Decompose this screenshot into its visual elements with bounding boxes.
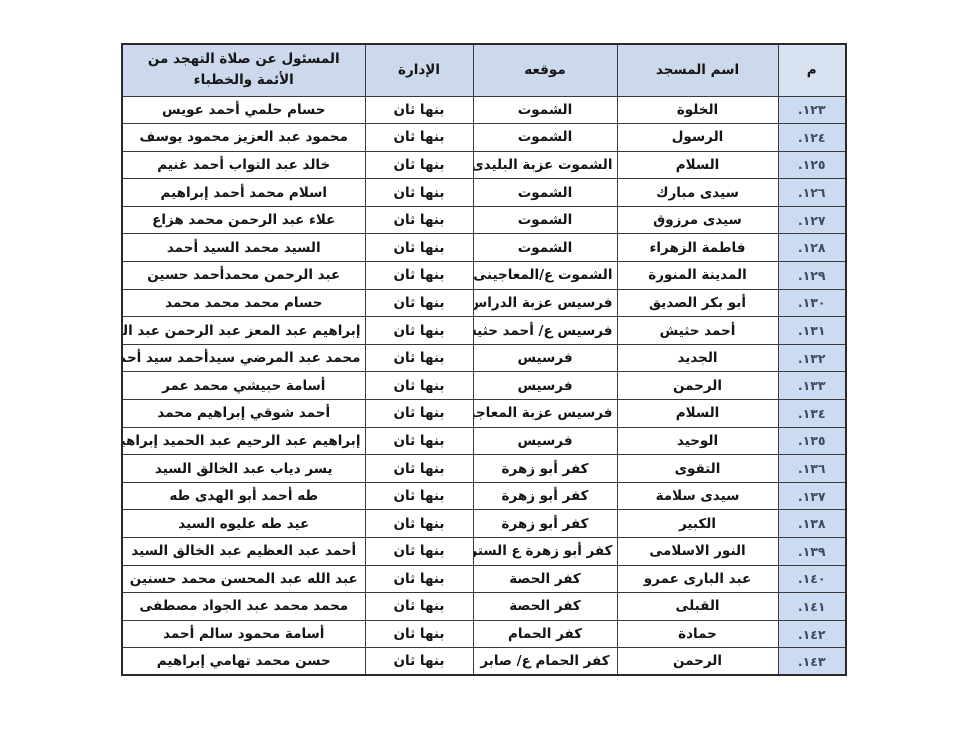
table-row: ١٣٠.أبو بكر الصديقفرسيس عزبة الدراسبنها … — [122, 289, 846, 317]
table-row: ١٢٤.الرسولالشموتبنها ثانمحمود عبد العزيز… — [122, 124, 846, 152]
cell-location: الشموت — [473, 206, 617, 234]
header-no: م — [778, 44, 846, 96]
cell-no: ١٣٧. — [778, 482, 846, 510]
cell-no: ١٢٥. — [778, 151, 846, 179]
table-row: ١٢٦.سيدى مباركالشموتبنها ثاناسلام محمد أ… — [122, 179, 846, 207]
cell-mosque: فاطمة الزهراء — [617, 234, 778, 262]
cell-no: ١٣٥. — [778, 427, 846, 455]
table-row: ١٤٠.عبد البارى عمروكفر الحصةبنها ثانعبد … — [122, 565, 846, 593]
cell-admin: بنها ثان — [365, 179, 473, 207]
cell-location: كفر أبو زهرة — [473, 482, 617, 510]
cell-admin: بنها ثان — [365, 648, 473, 676]
cell-no: ١٣٤. — [778, 400, 846, 428]
header-mosque-name: اسم المسجد — [617, 44, 778, 96]
cell-location: كفر الحمام ع/ صابر — [473, 648, 617, 676]
cell-no: ١٢٩. — [778, 262, 846, 290]
mosques-tahajjud-table: م اسم المسجد موقعه الإدارة المسئول عن صل… — [121, 43, 847, 676]
cell-responsible: أحمد شوقي إبراهيم محمد — [122, 400, 365, 428]
header-location: موقعه — [473, 44, 617, 96]
cell-mosque: الرسول — [617, 124, 778, 152]
cell-mosque: عبد البارى عمرو — [617, 565, 778, 593]
cell-no: ١٣٠. — [778, 289, 846, 317]
table-row: ١٢٧.سيدى مرزوقالشموتبنها ثانعلاء عبد الر… — [122, 206, 846, 234]
cell-responsible: السيد محمد السيد أحمد — [122, 234, 365, 262]
cell-location: الشموت — [473, 179, 617, 207]
cell-no: ١٤٢. — [778, 620, 846, 648]
cell-responsible: عبد الله عبد المحسن محمد حسنين — [122, 565, 365, 593]
table-body: ١٢٣.الخلوةالشموتبنها ثانحسام حلمي أحمد ع… — [122, 96, 846, 675]
cell-location: كفر أبو زهرة ع الستر — [473, 538, 617, 566]
table-row: ١٤٣.الرحمنكفر الحمام ع/ صابربنها ثانحسن … — [122, 648, 846, 676]
cell-admin: بنها ثان — [365, 620, 473, 648]
cell-responsible: طه أحمد أبو الهدى طه — [122, 482, 365, 510]
cell-responsible: أحمد عبد العظيم عبد الخالق السيد — [122, 538, 365, 566]
table-row: ١٣٦.التقوىكفر أبو زهرةبنها ثانيسر دياب ع… — [122, 455, 846, 483]
cell-responsible: إبراهيم عبد المعز عبد الرحمن عبد الحي — [122, 317, 365, 345]
cell-location: كفر الحصة — [473, 565, 617, 593]
cell-admin: بنها ثان — [365, 317, 473, 345]
table-row: ١٣٩.النور الاسلامىكفر أبو زهرة ع الستربن… — [122, 538, 846, 566]
cell-responsible: اسلام محمد أحمد إبراهيم — [122, 179, 365, 207]
cell-no: ١٣٦. — [778, 455, 846, 483]
cell-admin: بنها ثان — [365, 234, 473, 262]
cell-admin: بنها ثان — [365, 400, 473, 428]
cell-mosque: الرحمن — [617, 372, 778, 400]
cell-admin: بنها ثان — [365, 427, 473, 455]
cell-no: ١٣٩. — [778, 538, 846, 566]
cell-mosque: السلام — [617, 151, 778, 179]
cell-no: ١٣٢. — [778, 344, 846, 372]
cell-location: الشموت — [473, 124, 617, 152]
cell-admin: بنها ثان — [365, 510, 473, 538]
table-row: ١٤١.القبلىكفر الحصةبنها ثانمحمد محمد عبد… — [122, 593, 846, 621]
table-row: ١٣٨.الكبيركفر أبو زهرةبنها ثانعيد طه علي… — [122, 510, 846, 538]
cell-mosque: الخلوة — [617, 96, 778, 124]
cell-responsible: أسامة محمود سالم أحمد — [122, 620, 365, 648]
cell-admin: بنها ثان — [365, 565, 473, 593]
cell-responsible: حسام حلمي أحمد عويس — [122, 96, 365, 124]
table-row: ١٤٢.حمادةكفر الحمامبنها ثانأسامة محمود س… — [122, 620, 846, 648]
table-row: ١٢٣.الخلوةالشموتبنها ثانحسام حلمي أحمد ع… — [122, 96, 846, 124]
cell-no: ١٢٨. — [778, 234, 846, 262]
cell-mosque: سيدى سلامة — [617, 482, 778, 510]
cell-responsible: خالد عبد التواب أحمد غنيم — [122, 151, 365, 179]
cell-location: فرسيس — [473, 372, 617, 400]
cell-responsible: علاء عبد الرحمن محمد هزاع — [122, 206, 365, 234]
cell-location: كفر الحمام — [473, 620, 617, 648]
cell-mosque: سيدى مرزوق — [617, 206, 778, 234]
table-row: ١٣٢.الجديدفرسيسبنها ثانمحمد عبد المرضي س… — [122, 344, 846, 372]
header-responsible: المسئول عن صلاة التهجد من الأئمة والخطبا… — [122, 44, 365, 96]
cell-no: ١٤١. — [778, 593, 846, 621]
cell-admin: بنها ثان — [365, 344, 473, 372]
cell-responsible: حسام محمد محمد محمد — [122, 289, 365, 317]
header-admin: الإدارة — [365, 44, 473, 96]
cell-mosque: الكبير — [617, 510, 778, 538]
cell-mosque: التقوى — [617, 455, 778, 483]
cell-mosque: الجديد — [617, 344, 778, 372]
document-page: م اسم المسجد موقعه الإدارة المسئول عن صل… — [0, 0, 960, 742]
cell-admin: بنها ثان — [365, 482, 473, 510]
table-row: ١٣١.أحمد حثيشفرسيس ع/ أحمد حثيشبنها ثانإ… — [122, 317, 846, 345]
cell-admin: بنها ثان — [365, 455, 473, 483]
cell-location: كفر أبو زهرة — [473, 455, 617, 483]
cell-responsible: عبد الرحمن محمدأحمد حسين — [122, 262, 365, 290]
cell-no: ١٣٣. — [778, 372, 846, 400]
cell-location: الشموت — [473, 96, 617, 124]
cell-responsible: محمد عبد المرضي سيدأحمد سيد أحمد — [122, 344, 365, 372]
cell-responsible: محمود عبد العزيز محمود يوسف — [122, 124, 365, 152]
cell-no: ١٢٣. — [778, 96, 846, 124]
cell-location: كفر أبو زهرة — [473, 510, 617, 538]
cell-location: الشموت عزبة البليدى — [473, 151, 617, 179]
cell-admin: بنها ثان — [365, 206, 473, 234]
cell-mosque: سيدى مبارك — [617, 179, 778, 207]
cell-mosque: الرحمن — [617, 648, 778, 676]
cell-location: الشموت ع/المعاجينى — [473, 262, 617, 290]
cell-admin: بنها ثان — [365, 538, 473, 566]
table-row: ١٢٥.السلامالشموت عزبة البليدىبنها ثانخال… — [122, 151, 846, 179]
cell-mosque: النور الاسلامى — [617, 538, 778, 566]
table-header-row: م اسم المسجد موقعه الإدارة المسئول عن صل… — [122, 44, 846, 96]
table-row: ١٣٥.الوحيدفرسيسبنها ثانإبراهيم عبد الرحي… — [122, 427, 846, 455]
cell-admin: بنها ثان — [365, 262, 473, 290]
cell-responsible: عيد طه عليوه السيد — [122, 510, 365, 538]
cell-no: ١٢٤. — [778, 124, 846, 152]
cell-responsible: يسر دياب عبد الخالق السيد — [122, 455, 365, 483]
cell-no: ١٣٨. — [778, 510, 846, 538]
cell-location: كفر الحصة — [473, 593, 617, 621]
table-row: ١٣٣.الرحمنفرسيسبنها ثانأسامة حبيشي محمد … — [122, 372, 846, 400]
cell-mosque: القبلى — [617, 593, 778, 621]
cell-no: ١٢٧. — [778, 206, 846, 234]
cell-responsible: حسن محمد تهامي إبراهيم — [122, 648, 365, 676]
cell-mosque: حمادة — [617, 620, 778, 648]
cell-responsible: محمد محمد عبد الجواد مصطفى — [122, 593, 365, 621]
cell-responsible: أسامة حبيشي محمد عمر — [122, 372, 365, 400]
cell-location: فرسيس عزبة الدراس — [473, 289, 617, 317]
cell-admin: بنها ثان — [365, 593, 473, 621]
cell-mosque: السلام — [617, 400, 778, 428]
cell-location: فرسيس ع/ أحمد حثيش — [473, 317, 617, 345]
cell-mosque: أحمد حثيش — [617, 317, 778, 345]
cell-admin: بنها ثان — [365, 372, 473, 400]
cell-no: ١٢٦. — [778, 179, 846, 207]
cell-admin: بنها ثان — [365, 289, 473, 317]
cell-no: ١٤٣. — [778, 648, 846, 676]
table-row: ١٣٤.السلامفرسيس عزبة المعاجينىبنها ثانأح… — [122, 400, 846, 428]
cell-admin: بنها ثان — [365, 96, 473, 124]
table-row: ١٢٩.المدينة المنورةالشموت ع/المعاجينىبنه… — [122, 262, 846, 290]
cell-mosque: أبو بكر الصديق — [617, 289, 778, 317]
cell-no: ١٤٠. — [778, 565, 846, 593]
cell-mosque: الوحيد — [617, 427, 778, 455]
cell-admin: بنها ثان — [365, 124, 473, 152]
cell-responsible: إبراهيم عبد الرحيم عبد الحميد إبراهيم — [122, 427, 365, 455]
cell-no: ١٣١. — [778, 317, 846, 345]
cell-location: فرسيس — [473, 427, 617, 455]
cell-admin: بنها ثان — [365, 151, 473, 179]
cell-location: فرسيس — [473, 344, 617, 372]
table-row: ١٢٨.فاطمة الزهراءالشموتبنها ثانالسيد محم… — [122, 234, 846, 262]
cell-mosque: المدينة المنورة — [617, 262, 778, 290]
table-row: ١٣٧.سيدى سلامةكفر أبو زهرةبنها ثانطه أحم… — [122, 482, 846, 510]
cell-location: الشموت — [473, 234, 617, 262]
cell-location: فرسيس عزبة المعاجينى — [473, 400, 617, 428]
